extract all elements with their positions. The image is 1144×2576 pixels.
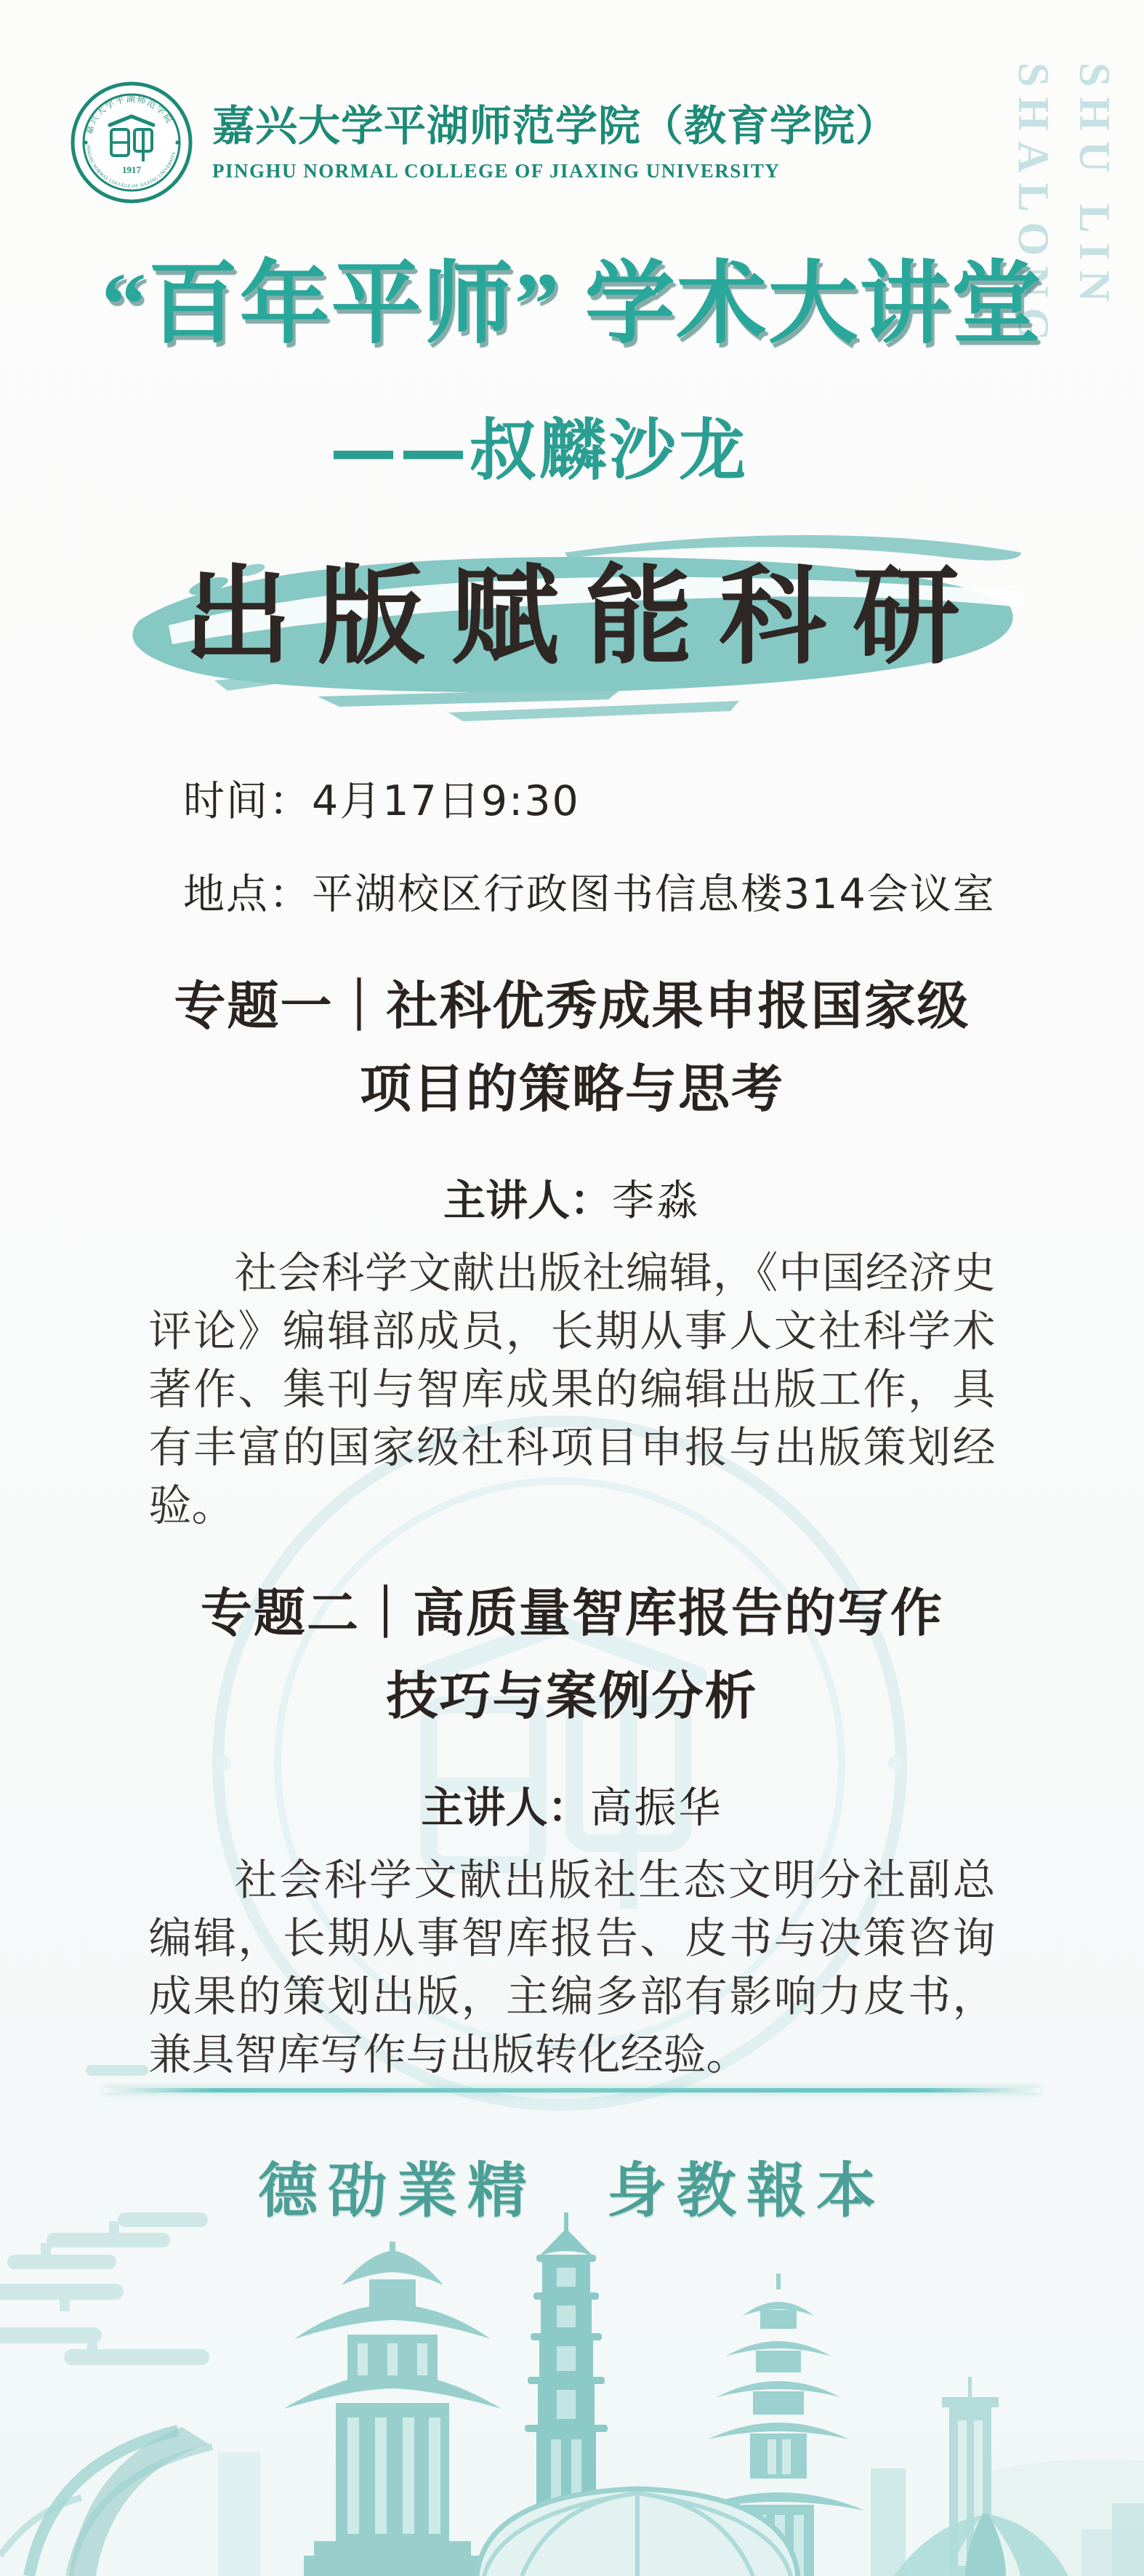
session-1-bio: 社会科学文献出版社编辑，《中国经济史评论》编辑部成员，长期从事人文社科学术著作、… — [149, 1244, 996, 1535]
main-title-banner: 出版赋能科研 — [100, 500, 1044, 740]
session-1-title-line2: 项目的策略与思考 — [0, 1048, 1144, 1131]
time-value: 4月17日9:30 — [312, 777, 580, 825]
series-title: “百年平师” 学术大讲堂 — [0, 231, 1144, 361]
speaker-name: 李淼 — [612, 1177, 701, 1224]
speaker-label: 主讲人： — [443, 1177, 612, 1224]
teal-divider-line — [103, 2088, 1041, 2093]
speaker-label: 主讲人： — [421, 1784, 589, 1831]
session-2-title-line2: 技巧与案例分析 — [0, 1656, 1144, 1738]
event-info: 时间：4月17日9:30 地点：平湖校区行政图书信息楼314会议室 — [183, 768, 996, 954]
place-label: 地点： — [183, 870, 312, 918]
event-place: 地点：平湖校区行政图书信息楼314会议室 — [183, 861, 996, 920]
school-name-cn: 嘉兴大学平湖师范学院（教育学院） — [212, 92, 898, 153]
session-2-title-line1: 专题二｜高质量智库报告的写作 — [0, 1573, 1144, 1656]
skyline-illustration — [0, 2212, 1144, 2576]
lecture-poster: SHU LIN SHALONG 嘉兴大学平湖师范学院 PINGHU NORMAL… — [0, 0, 1144, 2576]
session-2-title: 专题二｜高质量智库报告的写作 技巧与案例分析 — [0, 1573, 1144, 1738]
place-value: 平湖校区行政图书信息楼314会议室 — [312, 870, 996, 918]
school-name-en: PINGHU NORMAL COLLEGE OF JIAXING UNIVERS… — [212, 160, 898, 182]
logo-year-text: 1917 — [122, 164, 142, 175]
session-1-speaker: 主讲人：李淼 — [0, 1173, 1144, 1228]
session-1-title-line1: 专题一｜社科优秀成果申报国家级 — [0, 966, 1144, 1048]
main-title: 出版赋能科研 — [100, 500, 1044, 740]
session-1-title: 专题一｜社科优秀成果申报国家级 项目的策略与思考 — [0, 966, 1144, 1131]
university-seal-logo: 嘉兴大学平湖师范学院 PINGHU NORMAL COLLEGE OF JIAX… — [69, 80, 194, 205]
school-motto-calligraphy: 德劭業精 身教報本 — [0, 2143, 1144, 2228]
session-2-bio: 社会科学文献出版社生态文明分社副总编辑，长期从事智库报告、皮书与决策咨询成果的策… — [149, 1851, 996, 2084]
event-time: 时间：4月17日9:30 — [183, 768, 996, 827]
session-2: 专题二｜高质量智库报告的写作 技巧与案例分析 主讲人：高振华 社会科学文献出版社… — [0, 1573, 1144, 2084]
session-2-speaker: 主讲人：高振华 — [0, 1781, 1144, 1835]
salon-subtitle: ——叔麟沙龙 — [0, 397, 1111, 493]
cloud-motif — [0, 2212, 209, 2365]
speaker-name: 高振华 — [590, 1784, 723, 1831]
session-1: 专题一｜社科优秀成果申报国家级 项目的策略与思考 主讲人：李淼 社会科学文献出版… — [0, 966, 1144, 1535]
header-school-names: 嘉兴大学平湖师范学院（教育学院） PINGHU NORMAL COLLEGE O… — [212, 92, 898, 182]
time-label: 时间： — [183, 777, 312, 825]
